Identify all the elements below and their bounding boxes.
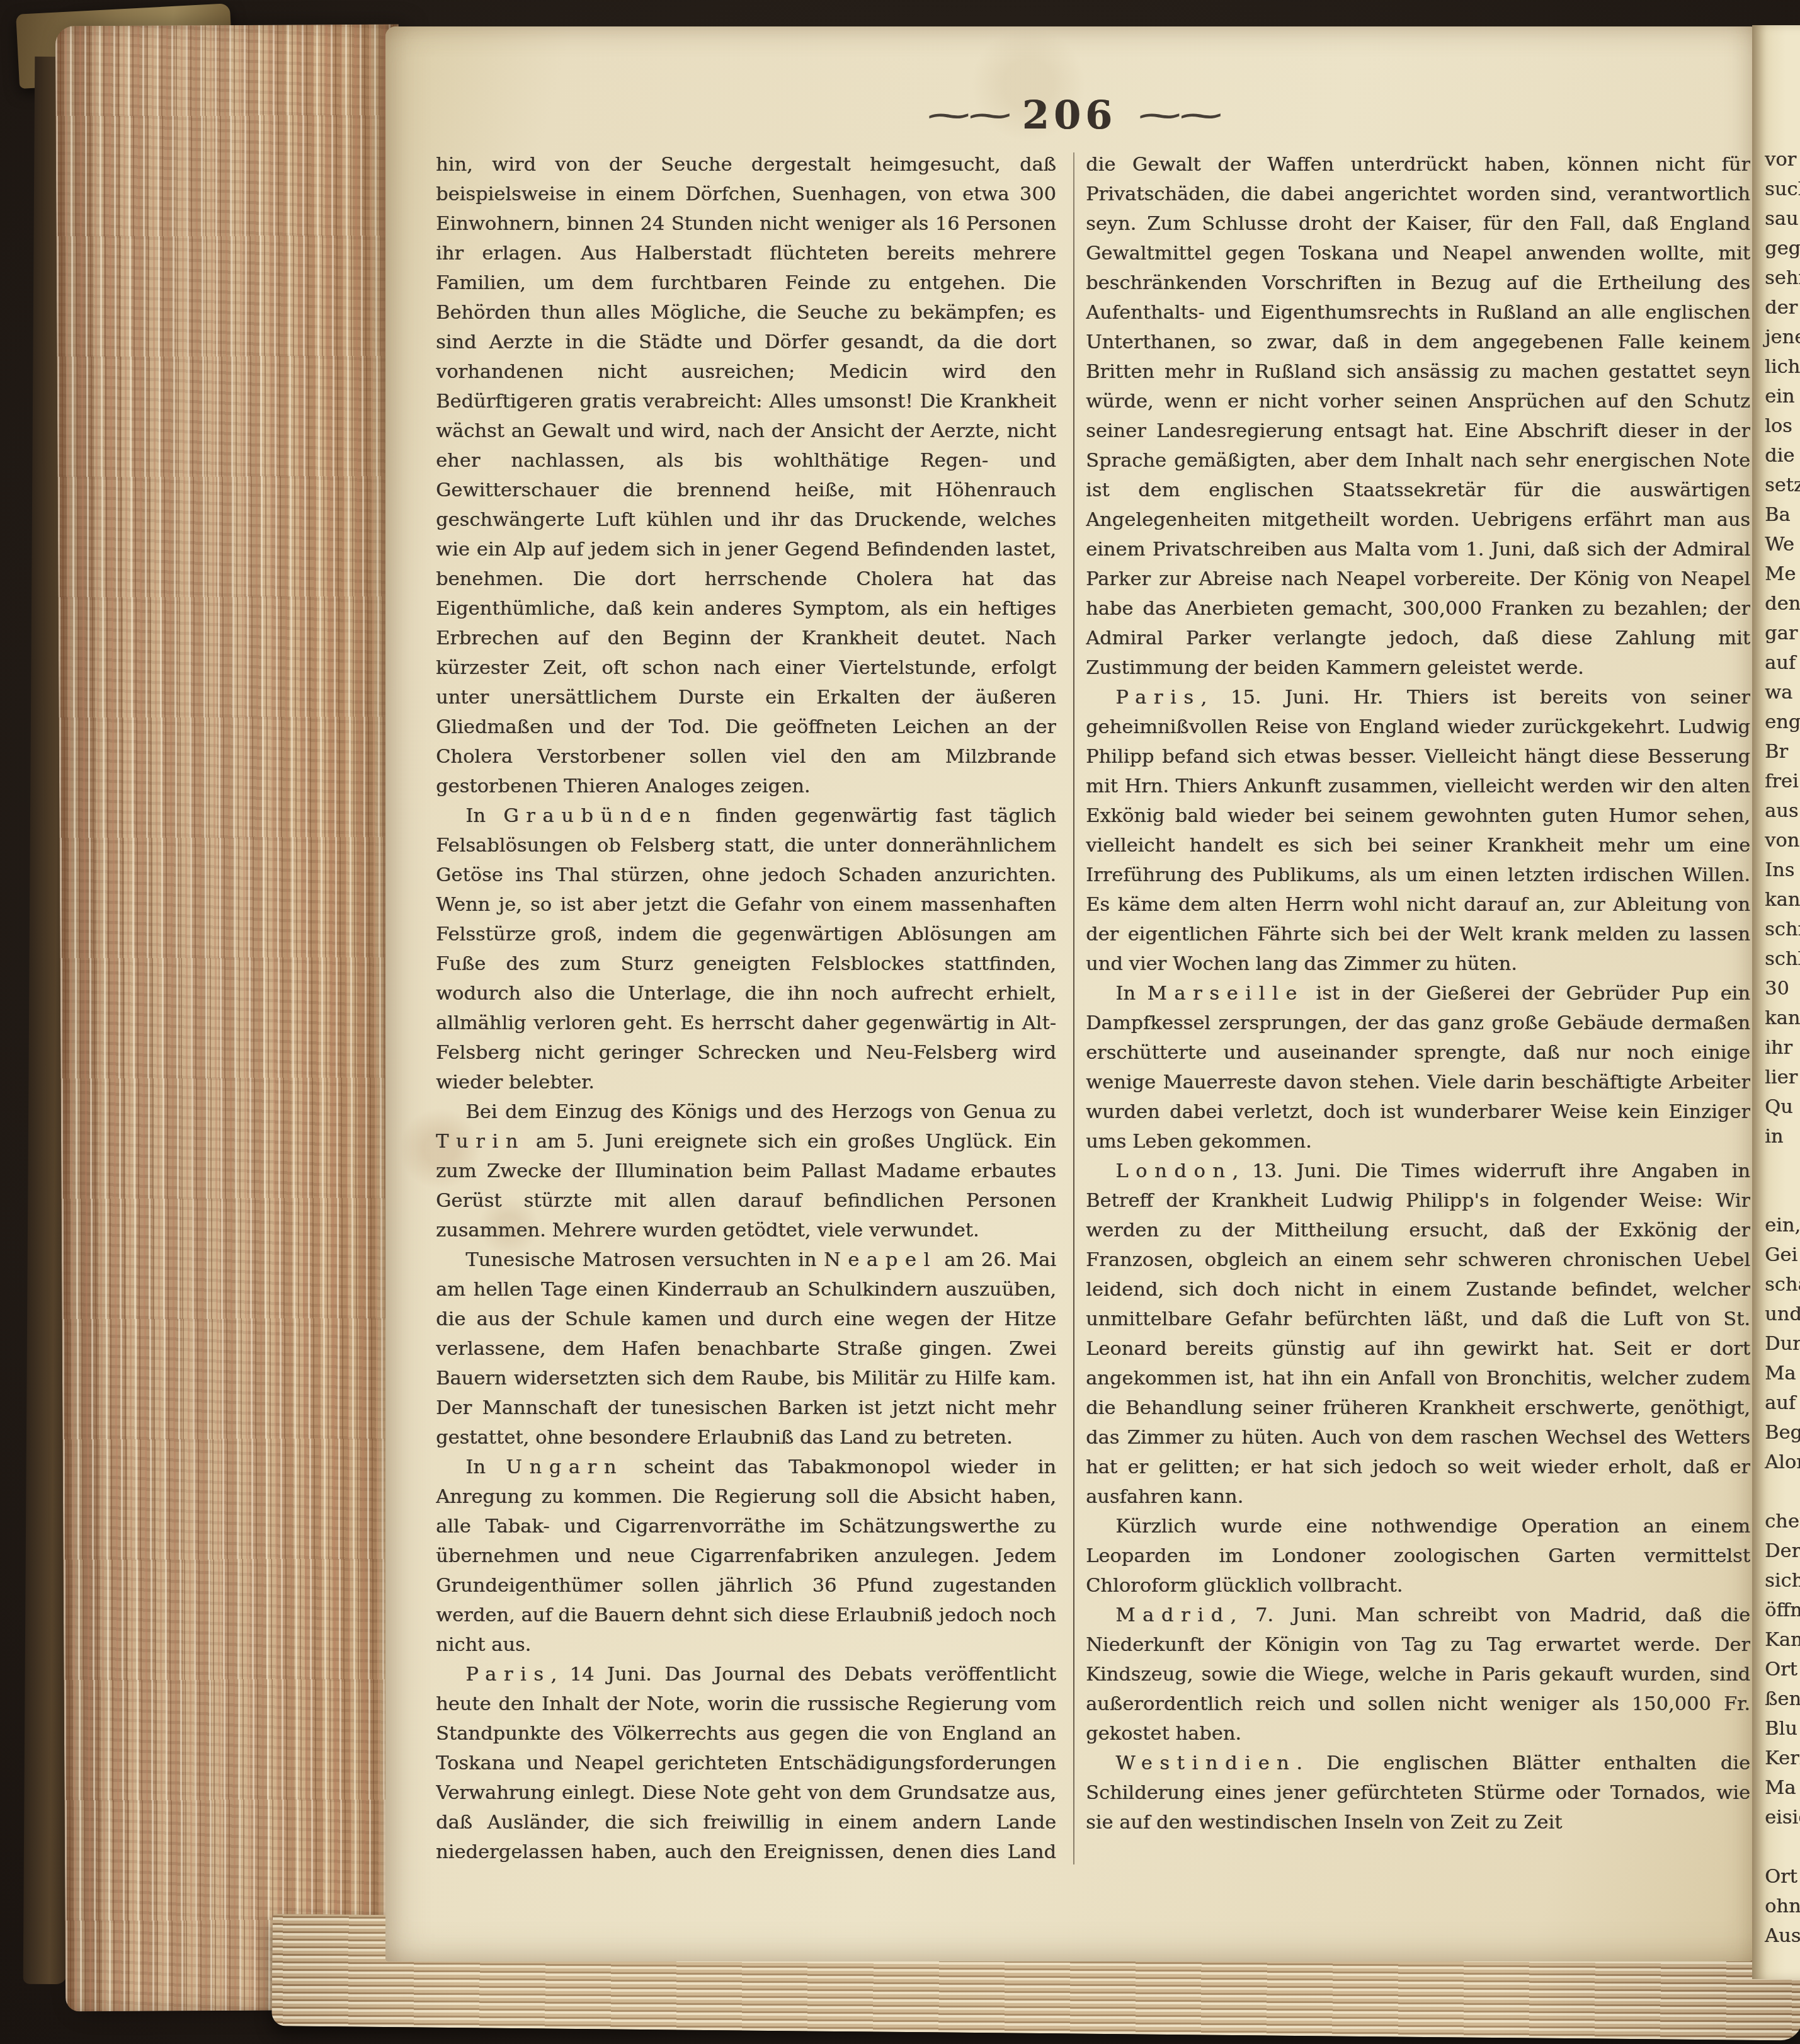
text-fragment-line bbox=[1765, 1181, 1800, 1211]
spaced-word: Westindien bbox=[1115, 1752, 1296, 1774]
text-run: Bei dem Einzug des Königs und des Herzog… bbox=[465, 1101, 1056, 1123]
text-fragment-line: wa bbox=[1765, 678, 1800, 707]
paragraph: Madrid, 7. Juni. Man schreibt von Madrid… bbox=[1086, 1601, 1750, 1749]
text-fragment-line: Ort bbox=[1765, 1655, 1800, 1684]
page-header: ~~ 206 ~~ bbox=[385, 92, 1753, 138]
left-column: hin, wird von der Seuche dergestalt heim… bbox=[436, 150, 1056, 1868]
text-run: hin, wird von der Seuche dergestalt heim… bbox=[436, 154, 1056, 797]
paragraph: In Graubünden finden gegenwärtig fast tä… bbox=[436, 801, 1056, 1097]
text-fragment-line: sehr bbox=[1765, 263, 1800, 293]
paragraph: In Marseille ist in der Gießerei der Geb… bbox=[1086, 979, 1750, 1156]
text-fragment-line: Dur bbox=[1765, 1329, 1800, 1359]
text-run: am 5. Juni ereignete sich ein großes Ung… bbox=[436, 1131, 1056, 1242]
text-fragment-line: aus bbox=[1765, 796, 1800, 826]
text-fragment-line: sau bbox=[1765, 204, 1800, 234]
text-fragment-line: We bbox=[1765, 530, 1800, 559]
spaced-word: London bbox=[1115, 1160, 1232, 1182]
paragraph: die Gewalt der Waffen unterdrückt haben,… bbox=[1086, 150, 1750, 683]
text-run: Kürzlich wurde eine nothwendige Operatio… bbox=[1086, 1516, 1750, 1597]
text-run: In bbox=[1115, 983, 1147, 1005]
text-fragment-line: ohne bbox=[1765, 1892, 1800, 1921]
spaced-word: Graubünden bbox=[503, 805, 698, 827]
text-fragment-line: such bbox=[1765, 174, 1800, 204]
paragraph: London, 13. Juni. Die Times widerruft ih… bbox=[1086, 1156, 1750, 1512]
text-fragment-line: eisig bbox=[1765, 1803, 1800, 1832]
spaced-word: Madrid bbox=[1115, 1604, 1230, 1626]
text-fragment-line bbox=[1765, 1477, 1800, 1507]
text-fragment-line: Ba bbox=[1765, 500, 1800, 530]
text-fragment-line: Blu bbox=[1765, 1714, 1800, 1744]
header-ornament-right: ~~ bbox=[1134, 100, 1216, 130]
text-run: ist in der Gießerei der Gebrüder Pup ein… bbox=[1086, 983, 1750, 1153]
newspaper-page: ~~ 206 ~~ hin, wird von der Seuche derge… bbox=[385, 26, 1753, 1961]
text-fragment-line: den bbox=[1765, 589, 1800, 619]
text-fragment-line: lier bbox=[1765, 1063, 1800, 1092]
text-fragment-line: Aus bbox=[1765, 1921, 1800, 1951]
header-ornament-left: ~~ bbox=[923, 100, 1005, 130]
text-fragment-line: ein bbox=[1765, 382, 1800, 411]
text-fragment-line: ßen bbox=[1765, 1684, 1800, 1714]
text-fragment-line: vor bbox=[1765, 145, 1800, 174]
spaced-word: Neapel bbox=[824, 1249, 937, 1271]
text-fragment-line: und bbox=[1765, 1299, 1800, 1329]
text-fragment-line: Alon bbox=[1765, 1447, 1800, 1477]
text-fragment-line: schl bbox=[1765, 944, 1800, 974]
text-fragment-line: die bbox=[1765, 441, 1800, 471]
spaced-word: Ungarn bbox=[506, 1456, 624, 1478]
text-fragment-line: ein, bbox=[1765, 1211, 1800, 1240]
text-run: , 13. Juni. Die Times widerruft ihre Ang… bbox=[1086, 1160, 1750, 1508]
spaced-word: Turin bbox=[436, 1131, 525, 1153]
text-fragment-line: auf bbox=[1765, 1388, 1800, 1418]
right-column: die Gewalt der Waffen unterdrückt haben,… bbox=[1086, 150, 1750, 1868]
text-fragment-line: Ma bbox=[1765, 1773, 1800, 1803]
spaced-word: Marseille bbox=[1148, 983, 1304, 1005]
text-fragment-line bbox=[1765, 1151, 1800, 1181]
text-run: In bbox=[465, 805, 503, 827]
paragraph: Tunesische Matrosen versuchten in Neapel… bbox=[436, 1245, 1056, 1453]
text-fragment-line: auf bbox=[1765, 648, 1800, 678]
spaced-word: Paris bbox=[1115, 687, 1200, 709]
text-fragment-line: Der bbox=[1765, 1536, 1800, 1566]
text-fragment-line: sich bbox=[1765, 1566, 1800, 1596]
text-fragment-line: setzl bbox=[1765, 471, 1800, 500]
text-fragment-line: schr bbox=[1765, 915, 1800, 944]
text-fragment-line: kan bbox=[1765, 885, 1800, 915]
text-fragment-line: los bbox=[1765, 411, 1800, 441]
text-fragment-line: in bbox=[1765, 1122, 1800, 1151]
text-fragment-line: Ma bbox=[1765, 1359, 1800, 1388]
text-run: scheint das Tabakmonopol wieder in Anreg… bbox=[436, 1456, 1056, 1656]
text-fragment-line bbox=[1765, 1832, 1800, 1862]
text-run: am 26. Mai am hellen Tage einen Kinderra… bbox=[436, 1249, 1056, 1449]
paragraph: Westindien. Die englischen Blätter entha… bbox=[1086, 1749, 1750, 1837]
page-number: 206 bbox=[1022, 92, 1117, 138]
column-divider bbox=[1073, 152, 1074, 1864]
next-page-text-fragments: vorsuchsaugegsehrderjenelicheinlosdieset… bbox=[1765, 145, 1800, 1951]
text-fragment-line: Qu bbox=[1765, 1092, 1800, 1122]
text-fragment-line: Ins bbox=[1765, 855, 1800, 885]
paragraph: Bei dem Einzug des Königs und des Herzog… bbox=[436, 1097, 1056, 1245]
next-page-sliver: vorsuchsaugegsehrderjenelicheinlosdieset… bbox=[1752, 25, 1800, 1979]
paragraph: hin, wird von der Seuche dergestalt heim… bbox=[436, 150, 1056, 801]
text-fragment-line: Br bbox=[1765, 737, 1800, 767]
text-fragment-line: kan bbox=[1765, 1003, 1800, 1033]
paragraph: Kürzlich wurde eine nothwendige Operatio… bbox=[1086, 1512, 1750, 1601]
paragraph: In Ungarn scheint das Tabakmonopol wiede… bbox=[436, 1453, 1056, 1660]
text-fragment-line: frei bbox=[1765, 767, 1800, 796]
text-fragment-line: lich bbox=[1765, 352, 1800, 382]
text-fragment-line: Kerz bbox=[1765, 1744, 1800, 1773]
paragraph: Paris, 15. Juni. Hr. Thiers ist bereits … bbox=[1086, 683, 1750, 979]
text-run: Tunesische Matrosen versuchten in bbox=[465, 1249, 824, 1271]
text-fragment-line: 30 bbox=[1765, 974, 1800, 1003]
text-fragment-line: der bbox=[1765, 293, 1800, 323]
text-run: die Gewalt der Waffen unterdrückt haben,… bbox=[1086, 154, 1750, 679]
text-fragment-line: Me bbox=[1765, 559, 1800, 589]
text-fragment-line: Ort bbox=[1765, 1862, 1800, 1892]
text-fragment-line: eng bbox=[1765, 707, 1800, 737]
text-fragment-line: chen bbox=[1765, 1507, 1800, 1536]
text-run: , 15. Juni. Hr. Thiers ist bereits von s… bbox=[1086, 687, 1750, 975]
spaced-word: Paris bbox=[465, 1664, 550, 1686]
scanned-book-spread: ~~ 206 ~~ hin, wird von der Seuche derge… bbox=[0, 0, 1800, 2044]
text-fragment-line: gar bbox=[1765, 619, 1800, 648]
text-fragment-line: öffne bbox=[1765, 1596, 1800, 1625]
paragraph: Paris, 14 Juni. Das Journal des Debats v… bbox=[436, 1660, 1056, 1868]
text-fragment-line: von bbox=[1765, 826, 1800, 855]
text-run: finden gegenwärtig fast täglich Felsablö… bbox=[436, 805, 1056, 1093]
text-fragment-line: scha bbox=[1765, 1270, 1800, 1299]
text-fragment-line: Kan bbox=[1765, 1625, 1800, 1655]
page-edges-left-stack bbox=[55, 25, 409, 2012]
text-run: , 14 Juni. Das Journal des Debats veröff… bbox=[436, 1664, 1056, 1868]
text-fragment-line: Beg bbox=[1765, 1418, 1800, 1447]
text-fragment-line: geg bbox=[1765, 234, 1800, 263]
text-fragment-line: ihr bbox=[1765, 1033, 1800, 1063]
text-fragment-line: jene bbox=[1765, 323, 1800, 352]
text-fragment-line: Gei bbox=[1765, 1240, 1800, 1270]
text-run: In bbox=[465, 1456, 506, 1478]
